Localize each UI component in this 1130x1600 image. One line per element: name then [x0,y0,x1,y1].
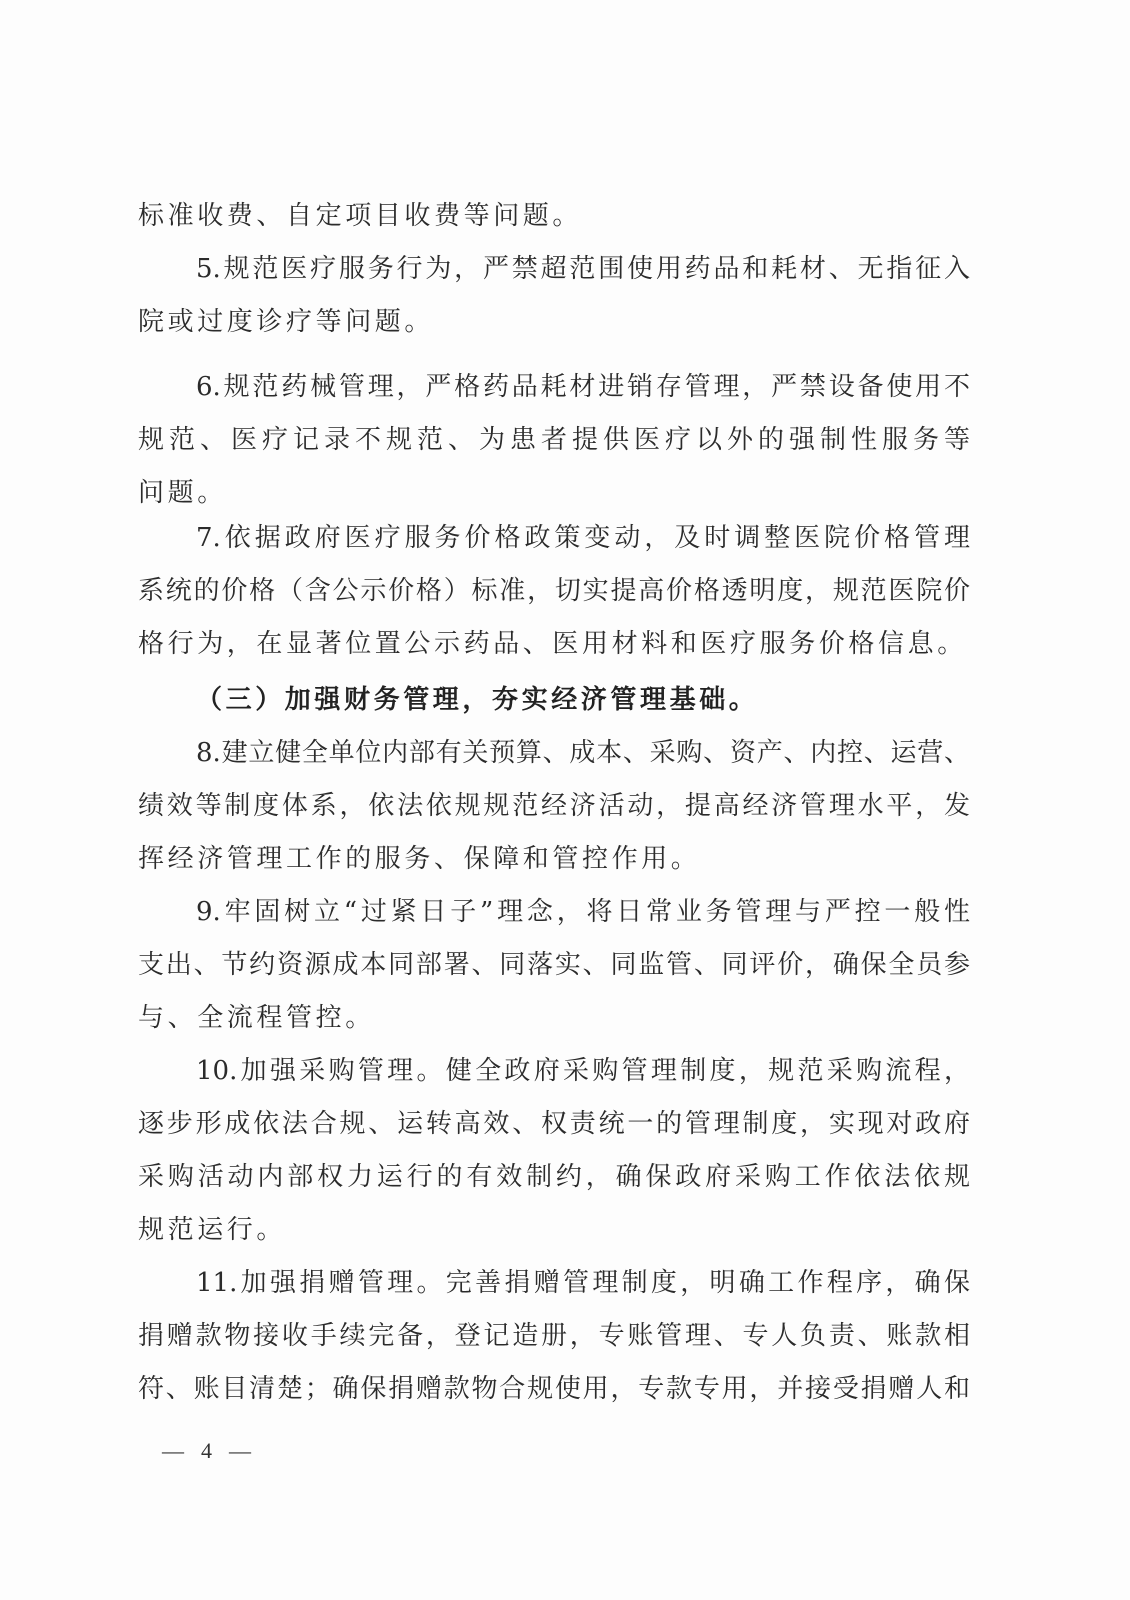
paragraph-7-line-2: 系统的价格（含公示价格）标准，切实提高价格透明度，规范医院价 [138,571,970,611]
paragraph-6-line-3: 问题。 [138,473,970,513]
paragraph-10-line-1: 10.加强采购管理。健全政府采购管理制度，规范采购流程， [196,1051,970,1091]
paragraph-4-continuation-line-1: 标准收费、自定项目收费等问题。 [138,196,970,236]
paragraph-11-line-1: 11.加强捐赠管理。完善捐赠管理制度，明确工作程序，确保 [196,1263,970,1303]
paragraph-8-line-2: 绩效等制度体系，依法依规规范经济活动，提高经济管理水平，发 [138,786,970,826]
paragraph-5-line-1: 5.规范医疗服务行为，严禁超范围使用药品和耗材、无指征入 [196,249,970,289]
paragraph-9-line-2: 支出、节约资源成本同部署、同落实、同监管、同评价，确保全员参 [138,945,970,985]
paragraph-9-line-1: 9.牢固树立“过紧日子”理念，将日常业务管理与严控一般性 [196,892,970,932]
paragraph-10-line-2: 逐步形成依法合规、运转高效、权责统一的管理制度，实现对政府 [138,1104,970,1144]
document-page: 标准收费、自定项目收费等问题。 5.规范医疗服务行为，严禁超范围使用药品和耗材、… [0,0,1130,1600]
paragraph-7-line-3: 格行为，在显著位置公示药品、医用材料和医疗服务价格信息。 [138,624,970,664]
paragraph-5-line-2: 院或过度诊疗等问题。 [138,302,970,342]
paragraph-10-line-4: 规范运行。 [138,1210,970,1250]
paragraph-6-line-2: 规范、医疗记录不规范、为患者提供医疗以外的强制性服务等 [138,420,970,460]
paragraph-9-line-3: 与、全流程管控。 [138,998,970,1038]
paragraph-6-line-1: 6.规范药械管理，严格药品耗材进销存管理，严禁设备使用不 [196,367,970,407]
paragraph-8-line-3: 挥经济管理工作的服务、保障和管控作用。 [138,839,970,879]
paragraph-11-line-2: 捐赠款物接收手续完备，登记造册，专账管理、专人负责、账款相 [138,1316,970,1356]
page-number: — 4 — [162,1438,253,1464]
section-heading-3: （三）加强财务管理，夯实经济管理基础。 [196,680,970,720]
paragraph-7-line-1: 7.依据政府医疗服务价格政策变动，及时调整医院价格管理 [196,518,970,558]
paragraph-8-line-1: 8.建立健全单位内部有关预算、成本、采购、资产、内控、运营、 [196,733,970,773]
paragraph-10-line-3: 采购活动内部权力运行的有效制约，确保政府采购工作依法依规 [138,1157,970,1197]
paragraph-11-line-3: 符、账目清楚；确保捐赠款物合规使用，专款专用，并接受捐赠人和 [138,1369,970,1409]
